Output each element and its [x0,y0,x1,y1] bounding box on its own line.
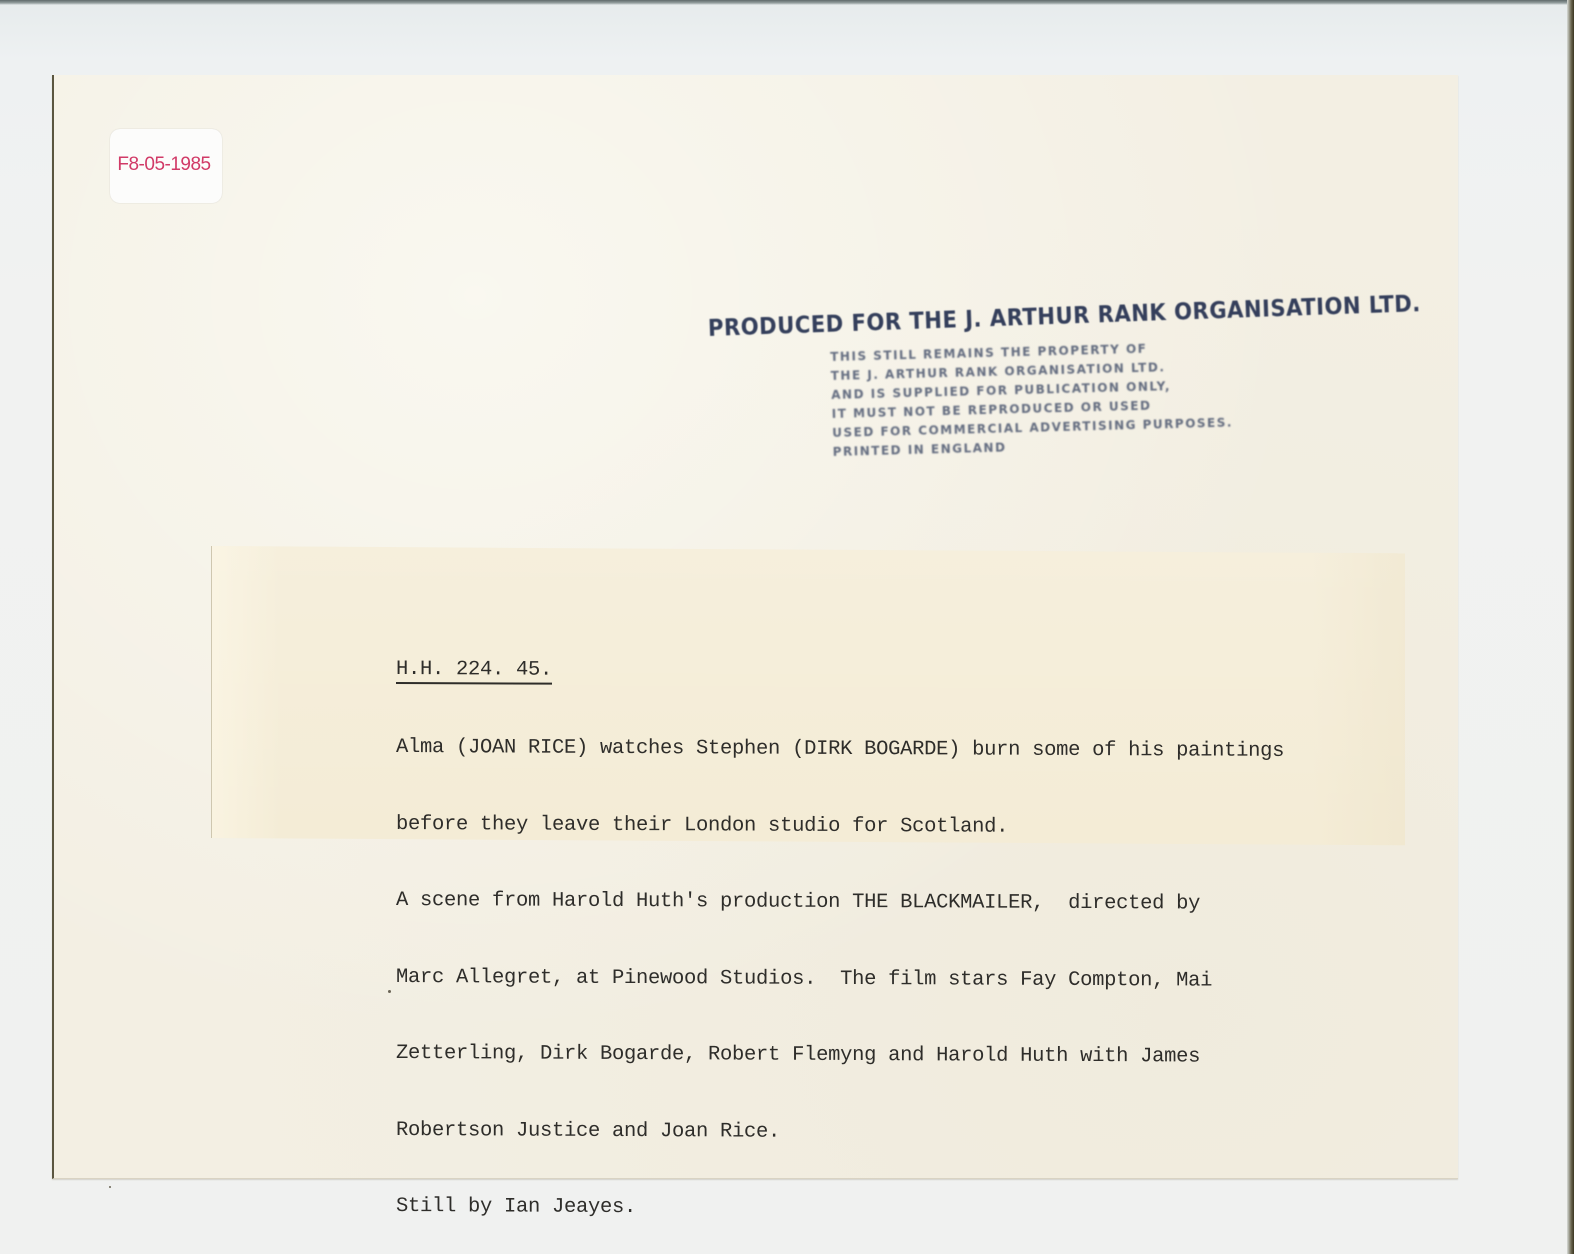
copyright-stamp: PRODUCED FOR THE J. ARTHUR RANK ORGANISA… [708,298,1308,488]
dust-speck [388,990,391,993]
caption-line: Still by Ian Jeayes. [396,1194,1376,1224]
scanner-right-edge [1567,0,1574,1254]
caption-line: Zetterling, Dirk Bogarde, Robert Flemyng… [396,1041,1376,1071]
dust-speck [109,1186,111,1188]
caption-line: Alma (JOAN RICE) watches Stephen (DIRK B… [396,735,1376,765]
caption-line: Robertson Justice and Joan Rice. [396,1118,1376,1148]
caption-text: H.H. 224. 45. Alma (JOAN RICE) watches S… [396,606,1376,1249]
caption-line: A scene from Harold Huth's production TH… [396,888,1376,918]
caption-line: before they leave their London studio fo… [396,812,1376,842]
date-sticker-text: F8-05-1985 [117,154,210,176]
date-sticker: F8-05-1985 [110,129,222,203]
caption-line: Marc Allegret, at Pinewood Studios. The … [396,965,1376,995]
stamp-body: THIS STILL REMAINS THE PROPERTY OF THE J… [830,338,1233,462]
caption-reference-number: H.H. 224. 45. [396,658,552,685]
scanner-top-shadow [0,0,1574,5]
